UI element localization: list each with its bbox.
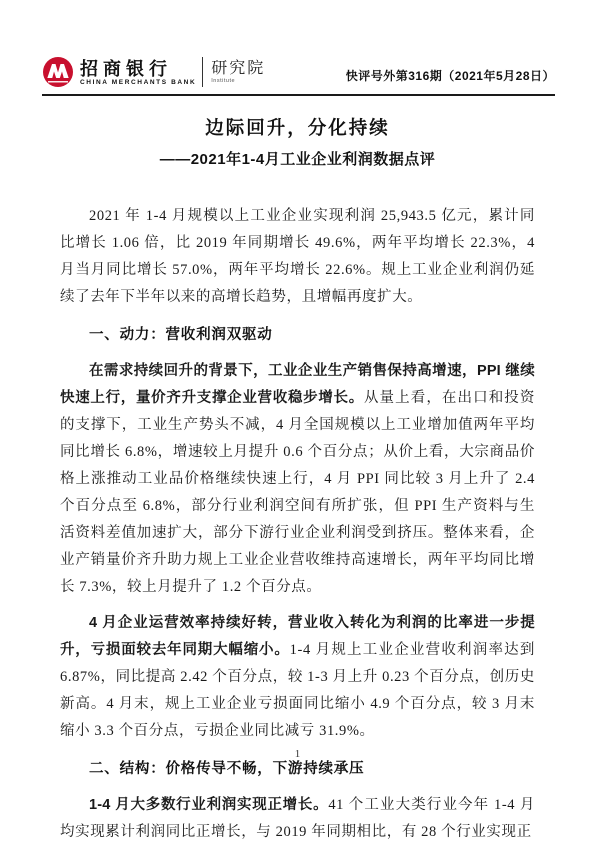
cmb-emblem-icon bbox=[42, 56, 74, 88]
bank-name-cn: 招商银行 bbox=[80, 59, 196, 79]
bank-name-block: 招商银行 CHINA MERCHANTS BANK bbox=[80, 59, 196, 86]
paragraph-text: 从量上看，在出口和投资的支撑下，工业生产势头不减，4 月全国规模以上工业增加值两… bbox=[60, 390, 535, 595]
paragraph-intro: 2021 年 1-4 月规模以上工业企业实现利润 25,943.5 亿元，累计同… bbox=[60, 203, 535, 311]
division-block: 研究院 Institute bbox=[211, 60, 265, 84]
bank-name-en: CHINA MERCHANTS BANK bbox=[80, 79, 196, 86]
document-body: 2021 年 1-4 月规模以上工业企业实现利润 25,943.5 亿元，累计同… bbox=[60, 203, 535, 842]
page-number: 1 bbox=[0, 748, 595, 760]
section-heading-1: 一、动力：营收利润双驱动 bbox=[60, 322, 535, 349]
paragraph-lead-bold: 1-4 月大多数行业利润实现正增长。 bbox=[89, 797, 328, 813]
paragraph-section1-b: 4 月企业运营效率持续好转，营业收入转化为利润的比率进一步提升，亏损面较去年同期… bbox=[60, 610, 535, 745]
cmb-logo: 招商银行 CHINA MERCHANTS BANK 研究院 Institute bbox=[42, 56, 265, 88]
header-rule bbox=[42, 94, 555, 96]
issue-info: 快评号外第316期（2021年5月28日） bbox=[346, 61, 555, 84]
paragraph-text: 2021 年 1-4 月规模以上工业企业实现利润 25,943.5 亿元，累计同… bbox=[60, 208, 535, 305]
document-subtitle: ——2021年1-4月工业企业利润数据点评 bbox=[60, 148, 535, 169]
paragraph-section2-a: 1-4 月大多数行业利润实现正增长。41 个工业大类行业今年 1-4 月均实现累… bbox=[60, 792, 535, 842]
report-page: 招商银行 CHINA MERCHANTS BANK 研究院 Institute … bbox=[0, 0, 595, 842]
division-subtext: Institute bbox=[211, 78, 265, 84]
document-title: 边际回升，分化持续 bbox=[60, 114, 535, 140]
paragraph-section1-a: 在需求持续回升的背景下，工业企业生产销售保持高增速，PPI 继续快速上行，量价齐… bbox=[60, 358, 535, 601]
logo-divider bbox=[202, 57, 203, 87]
division-name: 研究院 bbox=[211, 60, 265, 78]
section-heading-2: 二、结构：价格传导不畅，下游持续承压 bbox=[60, 756, 535, 783]
page-header: 招商银行 CHINA MERCHANTS BANK 研究院 Institute … bbox=[42, 56, 555, 88]
